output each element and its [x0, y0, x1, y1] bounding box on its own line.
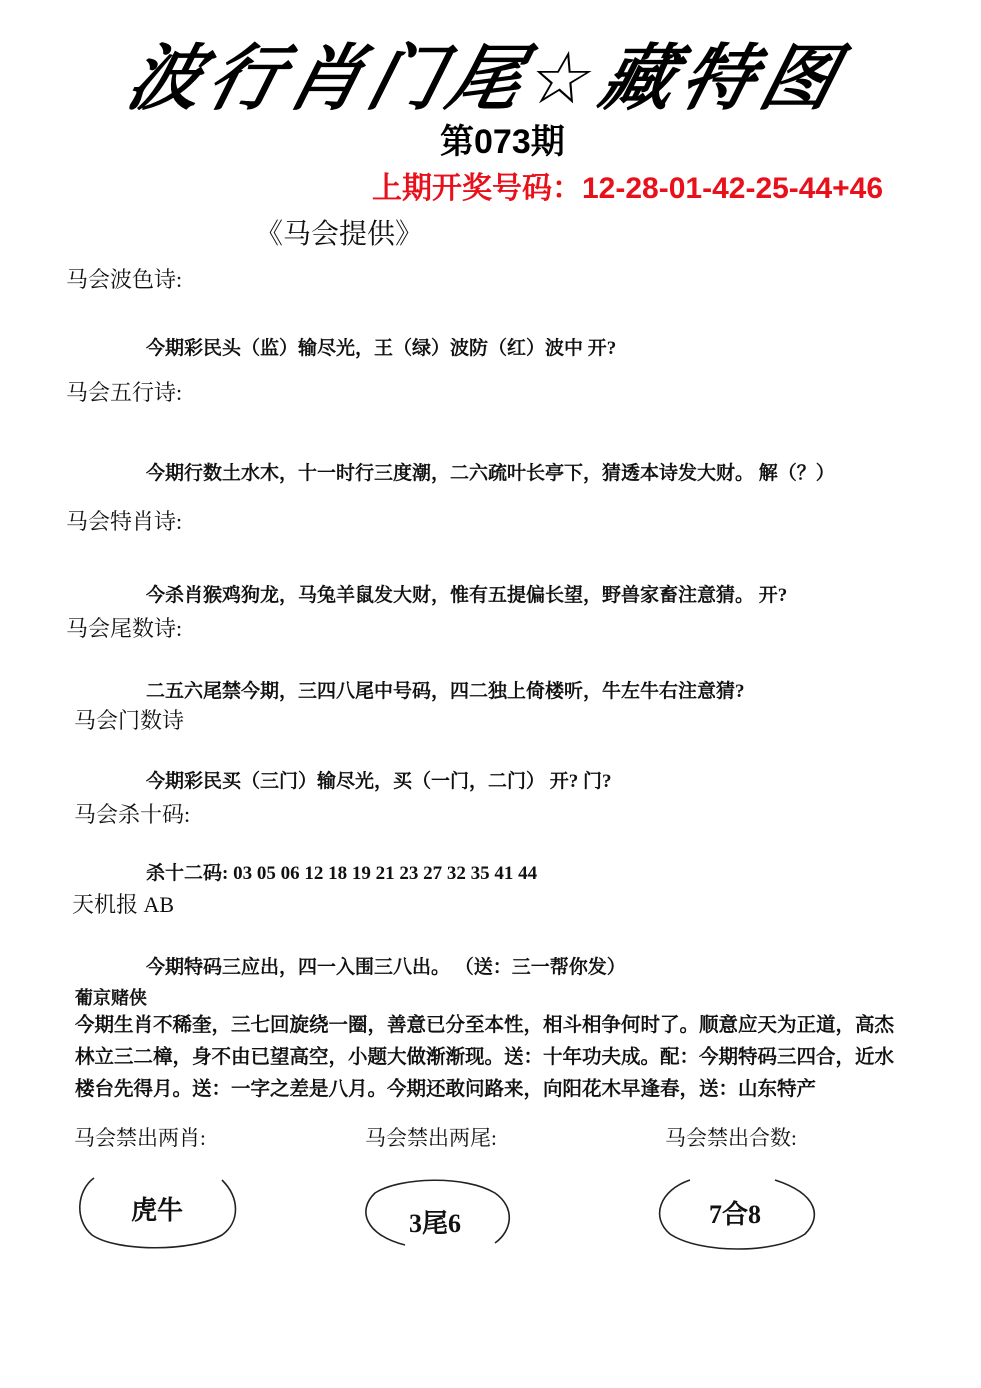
section-label-tianji: 天机报 AB	[72, 888, 174, 919]
ban-label-zodiac: 马会禁出两肖:	[74, 1122, 206, 1152]
section-label-kill-ten: 马会杀十码:	[74, 798, 190, 829]
gambler-line: 林立三二樟，身不由已望高空，小题大做渐渐现。送：十年功夫成。配：今期特码三四合，…	[75, 1042, 935, 1074]
section-label-wave-color: 马会波色诗:	[66, 263, 182, 294]
ban-oval-zodiac: 虎牛	[72, 1170, 242, 1250]
ban-oval-sum: 7合8	[650, 1172, 820, 1252]
provider-note: 《马会提供》	[255, 212, 423, 252]
gambler-paragraph: 今期生肖不稀奎，三七回旋绕一圈，善意已分至本性，相斗相争何时了。顺意应天为正道，…	[75, 1010, 935, 1106]
section-text-five-elements: 今期行数土水木，十一时行三度潮，二六疏叶长亭下，猜透本诗发大财。 解（？）	[146, 458, 835, 485]
gambler-line: 今期生肖不稀奎，三七回旋绕一圈，善意已分至本性，相斗相争何时了。顺意应天为正道，…	[75, 1010, 935, 1042]
section-label-tail-number: 马会尾数诗:	[66, 612, 182, 643]
section-label-gate-number: 马会门数诗	[74, 704, 184, 735]
ban-value-tail: 3尾6	[355, 1203, 515, 1240]
section-label-special-zodiac: 马会特肖诗:	[66, 505, 182, 536]
section-text-special-zodiac: 今杀肖猴鸡狗龙，马兔羊鼠发大财，惟有五提偏长望，野兽家畜注意猜。 开?	[146, 580, 787, 607]
ban-label-tail: 马会禁出两尾:	[365, 1122, 497, 1152]
ban-label-sum: 马会禁出合数:	[665, 1122, 797, 1152]
ban-oval-tail: 3尾6	[355, 1175, 515, 1255]
previous-draw: 上期开奖号码：12-28-01-42-25-44+46	[372, 163, 883, 207]
ban-value-sum: 7合8	[650, 1194, 820, 1231]
section-text-kill-ten: 杀十二码: 03 05 06 12 18 19 21 23 27 32 35 4…	[146, 858, 537, 885]
section-text-wave-color: 今期彩民头（监）输尽光，王（绿）波防（红）波中 开?	[146, 333, 616, 360]
previous-draw-numbers: 12-28-01-42-25-44+46	[582, 172, 883, 205]
gambler-label: 葡京赌侠	[75, 984, 147, 1010]
page-title: 波行肖门尾☆藏特图	[118, 28, 843, 128]
section-label-five-elements: 马会五行诗:	[66, 376, 182, 407]
previous-draw-label: 上期开奖号码：	[372, 172, 582, 205]
section-text-tail-number: 二五六尾禁今期，三四八尾中号码，四二独上倚楼听，牛左牛右注意猜?	[146, 676, 745, 703]
gambler-line: 楼台先得月。送：一字之差是八月。今期还敢问路来，向阳花木早逢春，送：山东特产	[75, 1074, 935, 1106]
ban-value-zodiac: 虎牛	[72, 1190, 242, 1227]
section-text-gate-number: 今期彩民买（三门）输尽光，买（一门，二门） 开? 门?	[146, 766, 612, 793]
issue-number: 第073期	[440, 114, 565, 163]
section-text-tianji: 今期特码三应出，四一入围三八出。 （送：三一帮你发）	[146, 952, 626, 979]
